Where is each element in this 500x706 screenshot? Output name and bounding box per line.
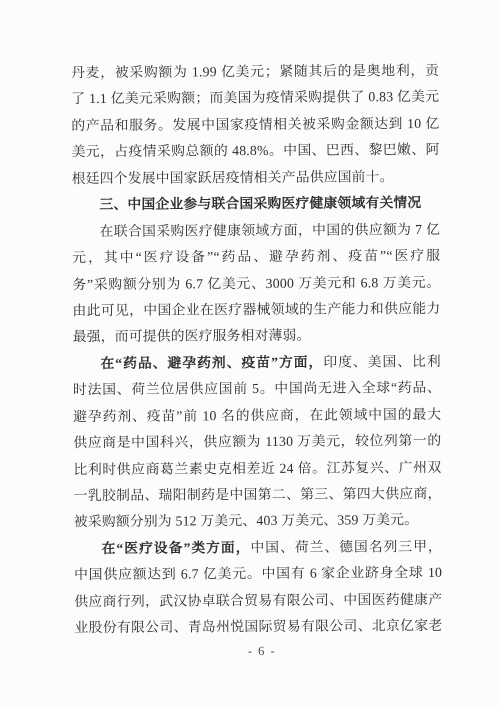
section-heading-three: 三、中国企业参与联合国采购医疗健康领域有关情况 bbox=[72, 190, 440, 219]
text-line: 在“医疗设备”类方面，中国、荷兰、德国名列三甲， bbox=[74, 534, 442, 563]
text-line: 业股份有限公司、青岛州悦国际贸易有限公司、北京亿家老 bbox=[74, 613, 442, 642]
bold-text-segment: 在“医疗设备”类方面， bbox=[102, 540, 251, 556]
text-segment: 务”采购额分别为 6.7 亿美元、3000 万美元和 6.8 万美元。 bbox=[72, 274, 440, 291]
text-segment: 一乳胶制品、瑞阳制药是中国第二、第三、第四大供应商， bbox=[74, 486, 442, 503]
text-segment: 最强，而可提供的医疗服务相对薄弱。 bbox=[73, 328, 311, 344]
text-segment: 业股份有限公司、青岛州悦国际贸易有限公司、北京亿家老 bbox=[74, 618, 442, 635]
text-segment: 印度、美国、比利 bbox=[323, 354, 441, 370]
paragraph-china-supply-overview: 在联合国采购医疗健康领域方面，中国的供应额为 7 亿元，其中“医疗设备”“药品、… bbox=[72, 216, 441, 350]
text-line: 一乳胶制品、瑞阳制药是中国第二、第三、第四大供应商， bbox=[74, 481, 442, 510]
bold-text-segment: 在“药品、避孕药剂、疫苗”方面， bbox=[100, 354, 323, 370]
text-line: 中国供应额达到 6.7 亿美元。中国有 6 家企业跻身全球 10 大 bbox=[74, 560, 442, 589]
text-segment: 中国供应额达到 6.7 亿美元。中国有 6 家企业跻身全球 10 大 bbox=[74, 565, 442, 589]
text-segment: 供应商是中国科兴，供应额为 1130 万美元，较位列第一的 bbox=[73, 433, 441, 450]
text-segment: 根廷四个发展中国家跃居疫情相关产品供应国前十。 bbox=[72, 169, 394, 186]
text-line: 根廷四个发展中国家跃居疫情相关产品供应国前十。 bbox=[72, 164, 440, 193]
text-line: 时法国、荷兰位居供应国前 5。中国尚无进入全球“药品、 bbox=[73, 375, 441, 404]
text-line: 的产品和服务。发展中国家疫情相关被采购金额达到 10 亿 bbox=[71, 111, 439, 140]
text-segment: 被采购额分别为 512 万美元、403 万美元、359 万美元。 bbox=[74, 512, 419, 529]
text-line: 三、中国企业参与联合国采购医疗健康领域有关情况 bbox=[72, 190, 440, 219]
text-line: 在“药品、避孕药剂、疫苗”方面，印度、美国、比利 bbox=[73, 349, 441, 378]
text-line: 最强，而可提供的医疗服务相对薄弱。 bbox=[73, 322, 441, 351]
document-body: 丹麦，被采购额为 1.99 亿美元；紧随其后的是奥地利，贡献了 1.1 亿美元采… bbox=[71, 58, 443, 642]
page-number: - 6 - bbox=[248, 644, 276, 658]
text-line: 比利时供应商葛兰素史克相差近 24 倍。江苏复兴、广州双 bbox=[73, 454, 441, 483]
text-segment: 中国、荷兰、德国名列三甲， bbox=[250, 539, 442, 555]
paragraph-medical-equipment: 在“医疗设备”类方面，中国、荷兰、德国名列三甲，中国供应额达到 6.7 亿美元。… bbox=[74, 534, 443, 642]
text-line: 元，其中“医疗设备”“药品、避孕药剂、疫苗”“医疗服 bbox=[72, 243, 440, 272]
page-footer: - 6 - bbox=[12, 642, 500, 660]
text-line: 务”采购额分别为 6.7 亿美元、3000 万美元和 6.8 万美元。 bbox=[72, 269, 440, 298]
text-line: 避孕药剂、疫苗”前 10 名的供应商，在此领域中国的最大 bbox=[73, 402, 441, 431]
text-line: 供应商是中国科兴，供应额为 1130 万美元，较位列第一的 bbox=[73, 428, 441, 457]
text-line: 由此可见，中国企业在医疗器械领域的生产能力和供应能力 bbox=[72, 296, 440, 325]
text-line: 供应商行列，武汉协卓联合贸易有限公司、中国医药健康产 bbox=[74, 587, 442, 616]
text-segment: 比利时供应商葛兰素史克相差近 24 倍。江苏复兴、广州双 bbox=[73, 459, 441, 476]
text-line: 丹麦，被采购额为 1.99 亿美元；紧随其后的是奥地利，贡献 bbox=[71, 58, 439, 87]
text-segment: 丹麦，被采购额为 1.99 亿美元；紧随其后的是奥地利，贡献 bbox=[71, 63, 439, 87]
text-line: 美元，占疫情采购总额的 48.8%。中国、巴西、黎巴嫩、阿 bbox=[71, 137, 439, 166]
text-line: 被采购额分别为 512 万美元、403 万美元、359 万美元。 bbox=[74, 507, 442, 536]
document-page: 丹麦，被采购额为 1.99 亿美元；紧随其后的是奥地利，贡献了 1.1 亿美元采… bbox=[0, 0, 500, 706]
text-segment: 避孕药剂、疫苗”前 10 名的供应商，在此领域中国的最大 bbox=[73, 407, 441, 424]
text-line: 在联合国采购医疗健康领域方面，中国的供应额为 7 亿 bbox=[72, 216, 440, 245]
text-segment: 美元，占疫情采购总额的 48.8%。中国、巴西、黎巴嫩、阿 bbox=[72, 142, 440, 159]
text-segment: 时法国、荷兰位居供应国前 5。中国尚无进入全球“药品、 bbox=[73, 380, 441, 397]
text-segment: 元，其中“医疗设备”“药品、避孕药剂、疫苗”“医疗服 bbox=[72, 248, 440, 265]
paragraph-covid-procurement-continuation: 丹麦，被采购额为 1.99 亿美元；紧随其后的是奥地利，贡献了 1.1 亿美元采… bbox=[71, 58, 440, 192]
text-segment: 的产品和服务。发展中国家疫情相关被采购金额达到 10 亿 bbox=[71, 116, 439, 133]
paragraph-pharma-vaccines: 在“药品、避孕药剂、疫苗”方面，印度、美国、比利时法国、荷兰位居供应国前 5。中… bbox=[73, 349, 442, 536]
text-segment: 供应商行列，武汉协卓联合贸易有限公司、中国医药健康产 bbox=[74, 592, 442, 609]
bold-text-segment: 三、中国企业参与联合国采购医疗健康领域有关情况 bbox=[99, 195, 421, 212]
text-line: 了 1.1 亿美元采购额；而美国为疫情采购提供了 0.83 亿美元 bbox=[71, 84, 439, 113]
text-segment: 在联合国采购医疗健康领域方面，中国的供应额为 7 亿 bbox=[100, 221, 440, 238]
text-segment: 了 1.1 亿美元采购额；而美国为疫情采购提供了 0.83 亿美元 bbox=[71, 89, 439, 106]
text-segment: 由此可见，中国企业在医疗器械领域的生产能力和供应能力 bbox=[72, 301, 440, 318]
